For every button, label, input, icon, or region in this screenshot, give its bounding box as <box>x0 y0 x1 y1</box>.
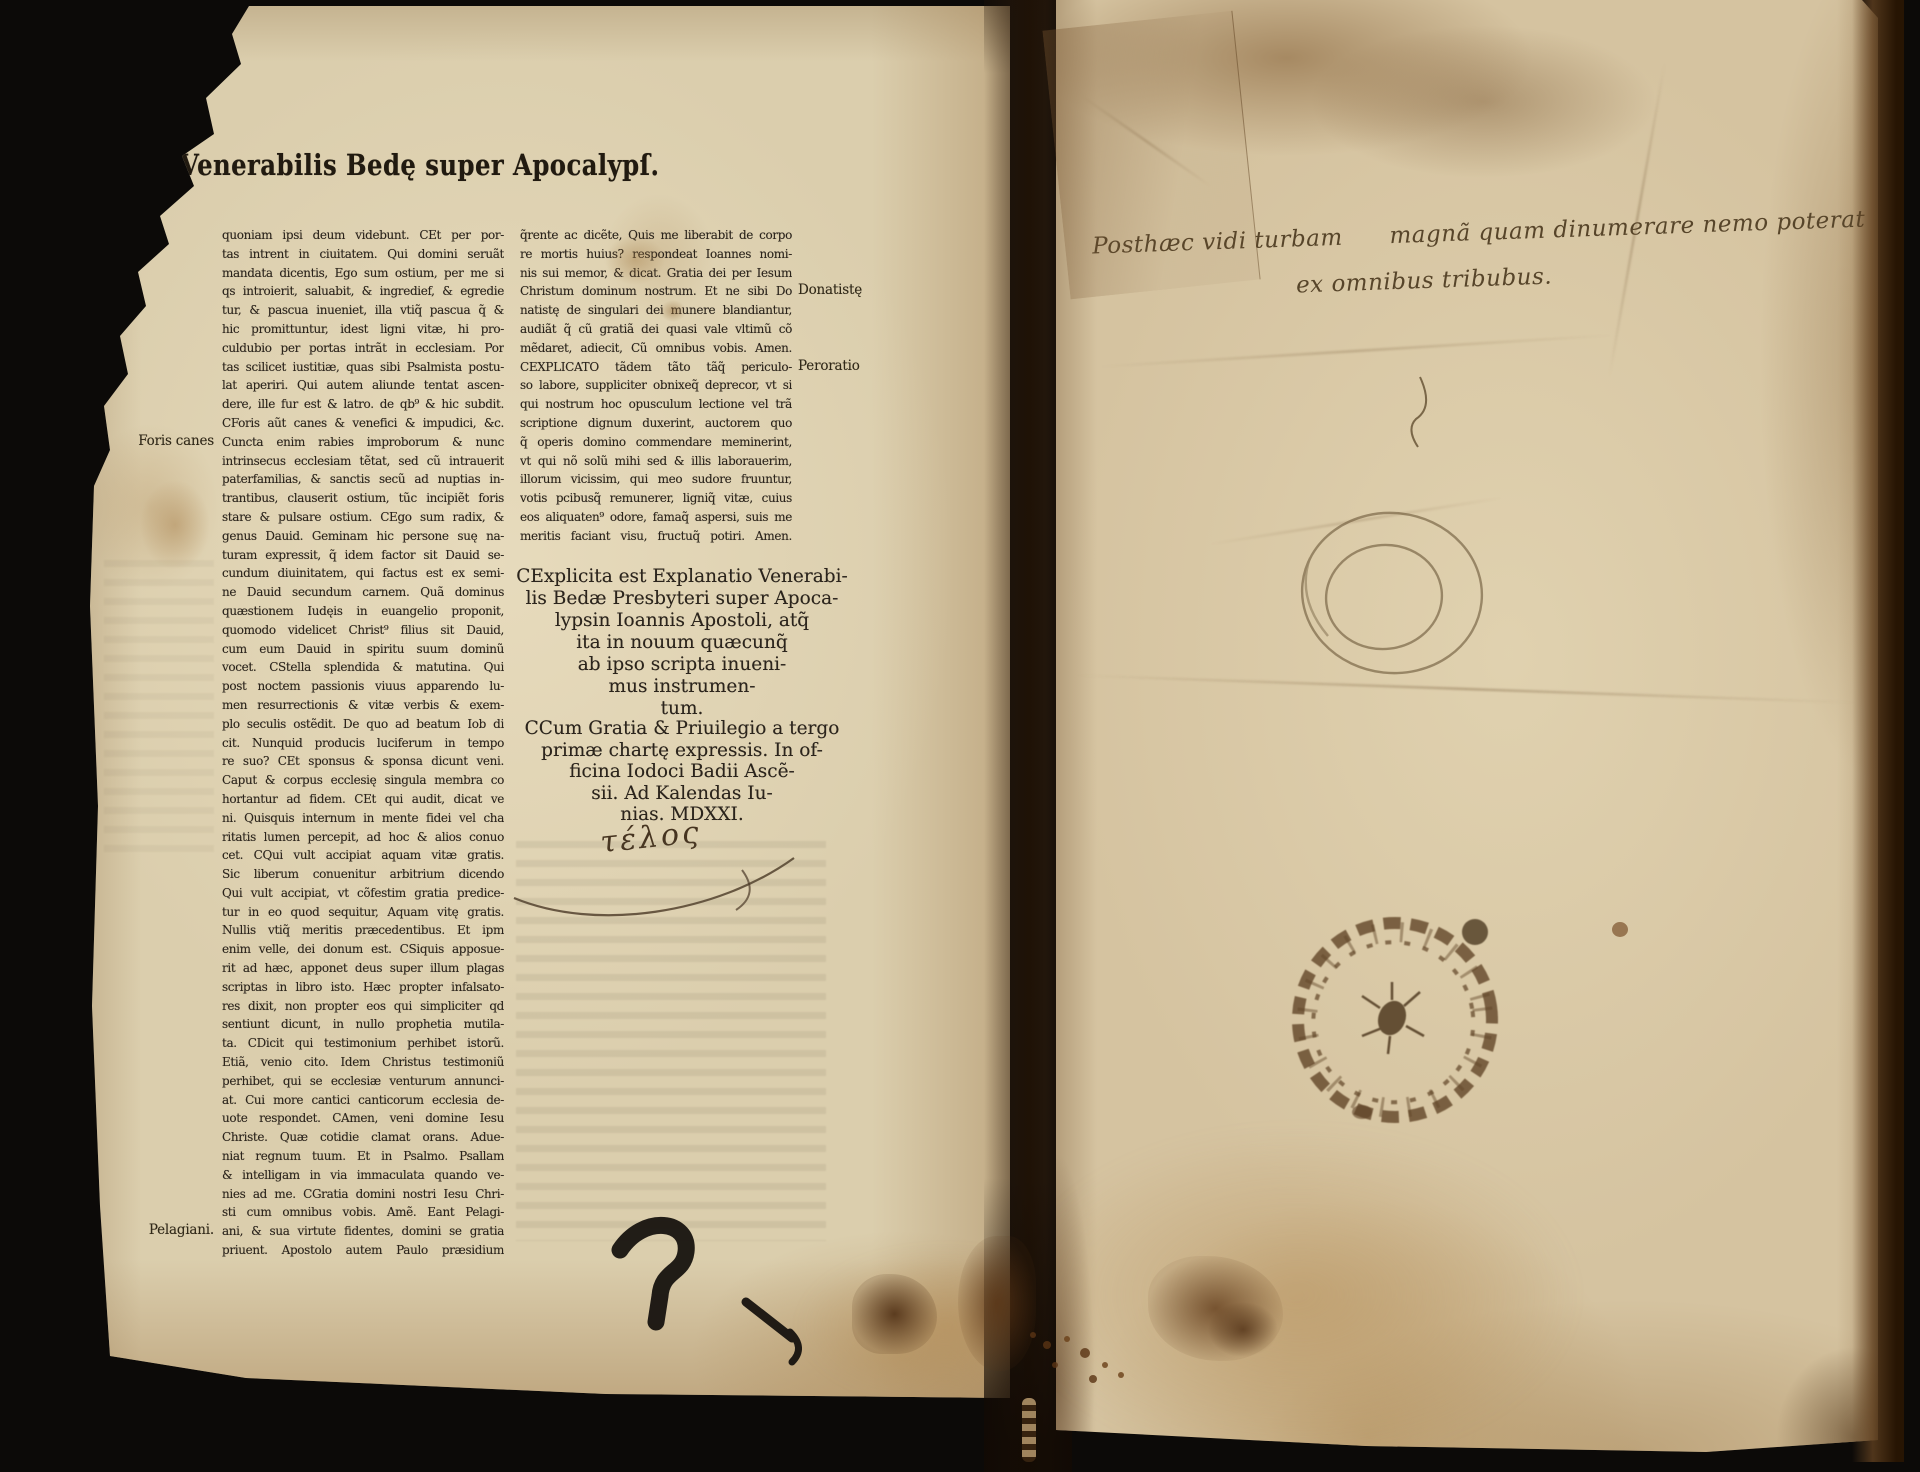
text-line: qs introierit, saluabit, & ingredief, & … <box>222 282 504 301</box>
text-line: niat regnum tuum. Et in Psalmo. Psallam <box>222 1147 504 1166</box>
handwritten-annotation-line2: ex omnibus tribubus. <box>1296 264 1553 299</box>
text-line: —„genus Dauid. Geminam hic persone suę n… <box>222 527 504 546</box>
text-line: scriptione dignum duxerint, auctorem quo <box>520 414 792 433</box>
text-line: lypsin Ioannis Apostoli, atq̃ <box>512 610 852 632</box>
text-line: men resurrectionis & vitæ verbis & exem- <box>222 696 504 715</box>
text-line: sii. Ad Kalendas Iu- <box>512 783 852 805</box>
text-line: „scriptas in libro isto. Hæc propter inf… <box>222 978 504 997</box>
water-stain <box>1016 1130 1576 1460</box>
text-line: :sentiunt dicunt, in nullo prophetia mut… <box>222 1015 504 1034</box>
text-line: audiãt q̃ cũ gratiã dei quasi vale vltim… <box>520 320 792 339</box>
text-line: Qui vult accipiat, vt cõfestim gratia pr… <box>222 884 504 903</box>
text-line: „nies ad me. CGratia domini nostri Iesu … <box>222 1185 504 1204</box>
text-line: ita in nouum quæcunq̃ <box>512 632 852 654</box>
ink-stamp-blot <box>1270 900 1520 1145</box>
margin-note-foris-canes: Foris canes <box>112 433 214 449</box>
text-line: :cit. Nunquid producis luciferum in temp… <box>222 734 504 753</box>
text-line: CCum Gratia & Priuilegio a tergo <box>512 718 852 740</box>
text-line: :lat aperiri. Qui autem aliunde tentat a… <box>222 376 504 395</box>
stain <box>1612 922 1628 937</box>
text-column-1: „quoniam ipsi deum videbunt. CEt per por… <box>222 226 504 1260</box>
text-line: q̃rente ac dicẽte, Quis me liberabit de … <box>520 226 792 245</box>
text-line: :ritatis lumen percepit, ad hoc & alios … <box>222 828 504 847</box>
text-line: post noctem passionis viuus apparendo lu… <box>222 677 504 696</box>
text-line: illorum vicissim, qui meo sudore fruuntu… <box>520 470 792 489</box>
text-line: cum eum Dauid in spiritu suum dominũ <box>222 640 504 659</box>
text-line: Cuncta enim rabies improborum & nunc <box>222 433 504 452</box>
text-line: natistę de singulari dei munere blandian… <box>520 301 792 320</box>
text-line: „rit ad hæc, apponet deus super illum pl… <box>222 959 504 978</box>
text-line: priuent. Apostolo autem Paulo præsidium <box>222 1241 504 1260</box>
text-line: „ta. CDicit qui testimonium perhibet ist… <box>222 1034 504 1053</box>
text-line: tur in eo quod sequitur, Aquam vitę grat… <box>222 903 504 922</box>
handwritten-annotation-line1: Posthæc vidi turbam magnã quam dinumerar… <box>1092 207 1866 260</box>
text-line: primæ chartę expressis. In of- <box>512 740 852 762</box>
margin-note-pelagiani: Pelagiani. <box>112 1222 214 1238</box>
text-line: Nullis vtiq̃ meritis præcedentibus. Et i… <box>222 921 504 940</box>
text-line: „Christe. Quæ cotidie clamat orans. Adue… <box>222 1128 504 1147</box>
text-line: :tas scilicet iustitiæ, quas sibi Psalmi… <box>222 358 504 377</box>
text-line: so labore, suppliciter obnixeq̃ deprecor… <box>520 376 792 395</box>
text-line: :turam expressit, q̃ idem factor sit Dau… <box>222 546 504 565</box>
text-line: „quoniam ipsi deum videbunt. CEt per por… <box>222 226 504 245</box>
left-page: Venerabilis Bedę super Apocalypſ. „quoni… <box>86 6 1010 1398</box>
text-line: ficina Iodoci Badii Ascẽ- <box>512 761 852 783</box>
text-line: paterfamilias, & sanctis secũ ad nuptias… <box>222 470 504 489</box>
text-line: q̃ operis domino commendare meminerint, <box>520 433 792 452</box>
text-line: Sic liberum conuenitur arbitrium dicendo <box>222 865 504 884</box>
text-line: ani, & sua virtute fidentes, domini se g… <box>222 1222 504 1241</box>
right-page: Posthæc vidi turbam magnã quam dinumerar… <box>1056 0 1878 1452</box>
text-line: re mortis huius? respondeat Ioannes nomi… <box>520 245 792 264</box>
text-line: vt qui nõ solũ mihi sed & illis laboraue… <box>520 452 792 471</box>
text-line: ab ipso scripta inueni- <box>512 654 852 676</box>
text-line: mandata dicentis, Ego sum ostium, per me… <box>222 264 504 283</box>
margin-note-donatiste: Donatistę <box>798 282 918 298</box>
text-line: „Etiã, venio cito. Idem Christus testimo… <box>222 1053 504 1072</box>
text-line: quomodo videlicet Christ⁹ filius sit Dau… <box>222 621 504 640</box>
black-ink-marks <box>586 1206 866 1366</box>
text-line: perhibet, qui se ecclesiæ venturum annun… <box>222 1072 504 1091</box>
verso-showthrough-margin <box>104 560 214 860</box>
text-line: „vocet. CStella splendida & matutina. Qu… <box>222 658 504 677</box>
text-line: dere, ille fur est & latro. de qb⁹ & hic… <box>222 395 504 414</box>
text-line: mẽdaret, adiecit, Cũ omnibus vobis. Amen… <box>520 339 792 358</box>
text-line: CEXPLICATO tãdem tãto tãq̃ periculo- <box>520 358 792 377</box>
margin-note-peroratio: Peroratio <box>798 358 918 374</box>
text-line: tur, & pascua inueniet, illa vtiq̃ pascu… <box>222 301 504 320</box>
telos-flourish <box>506 852 806 922</box>
text-line: „stare & pulsare ostium. CEgo sum radix,… <box>222 508 504 527</box>
text-line: ne Dauid secundum carnem. Quã dominus <box>222 583 504 602</box>
fold-crease <box>1030 96 1032 1296</box>
text-line: „cet. CQui vult accipiat aquam vitæ grat… <box>222 846 504 865</box>
text-line: eos aliquaten⁹ odore, famaq̃ aspersi, su… <box>520 508 792 527</box>
text-line: meritis faciant visu, fructuq̃ potiri. A… <box>520 527 792 546</box>
text-line: quæstionem Iudęis in euangelio proponit, <box>222 602 504 621</box>
text-line: :at. Cui more cantici canticorum ecclesi… <box>222 1091 504 1110</box>
explicit-block: CExplicita est Explanatio Venerabi-lis B… <box>512 566 852 720</box>
ink-speckles <box>1030 1332 1036 1338</box>
text-line: :& intelligam in via immaculata quando v… <box>222 1166 504 1185</box>
text-line: :hic promittuntur, idest ligni vitæ, hi … <box>222 320 504 339</box>
text-line: lis Bedæ Presbyteri super Apoca- <box>512 588 852 610</box>
text-line: „sti cum omnibus vobis. Amẽ. Eant Pelagi… <box>222 1203 504 1222</box>
text-column-2: q̃rente ac dicẽte, Quis me liberabit de … <box>520 226 792 546</box>
text-line: tum. <box>512 698 852 720</box>
binding-thread <box>1022 1398 1036 1462</box>
stain <box>140 480 210 570</box>
pen-flourish <box>1400 372 1440 452</box>
crease <box>1080 94 1212 187</box>
text-line: „uote respondet. CAmen, veni domine Iesu <box>222 1109 504 1128</box>
text-line: „hortantur ad fidem. CEt qui audit, dica… <box>222 790 504 809</box>
book-scan: Venerabilis Bedę super Apocalypſ. „quoni… <box>0 0 1920 1472</box>
text-line: Christum dominum nostrum. Et ne sibi Do <box>520 282 792 301</box>
ink-circle-doodle <box>1280 498 1500 693</box>
text-line: CExplicita est Explanatio Venerabi- <box>512 566 852 588</box>
colophon-block: CCum Gratia & Priuilegio a tergoprimæ ch… <box>512 718 852 826</box>
text-line: Caput & corpus ecclesię singula membra c… <box>222 771 504 790</box>
text-line: „tas intrent in ciuitatem. Qui domini se… <box>222 245 504 264</box>
text-line: votis pcibusq̃ remunerer, ligniq̃ vitæ, … <box>520 489 792 508</box>
book-fore-edge <box>1852 0 1904 1462</box>
text-line: :culdubio per portas intrãt in ecclesiam… <box>222 339 504 358</box>
text-line: :intrinsecus ecclesiam tẽtat, sed cũ int… <box>222 452 504 471</box>
text-line: „enim velle, dei donum est. CSiquis appo… <box>222 940 504 959</box>
text-line: „CForis aũt canes & venefici & impudici,… <box>222 414 504 433</box>
text-line: „ni. Quisquis internum in mente fidei ve… <box>222 809 504 828</box>
text-line: nis sui memor, & dicat. Gratia dei per I… <box>520 264 792 283</box>
text-line: qui nostrum hoc opusculum lectione vel t… <box>520 395 792 414</box>
text-line: res dixit, non propter eos qui simplicit… <box>222 997 504 1016</box>
text-line: cundum diuinitatem, qui factus est ex se… <box>222 564 504 583</box>
page-title: Venerabilis Bedę super Apocalypſ. <box>180 148 650 182</box>
crease <box>1096 334 1615 368</box>
text-line: mus instrumen- <box>512 676 852 698</box>
text-line: plo seculis ostẽdit. De quo ad beatum Io… <box>222 715 504 734</box>
text-line: „re suo? CEt sponsus & sponsa dicunt ven… <box>222 752 504 771</box>
text-line: trantibus, clauserit ostium, tũc incipiẽ… <box>222 489 504 508</box>
